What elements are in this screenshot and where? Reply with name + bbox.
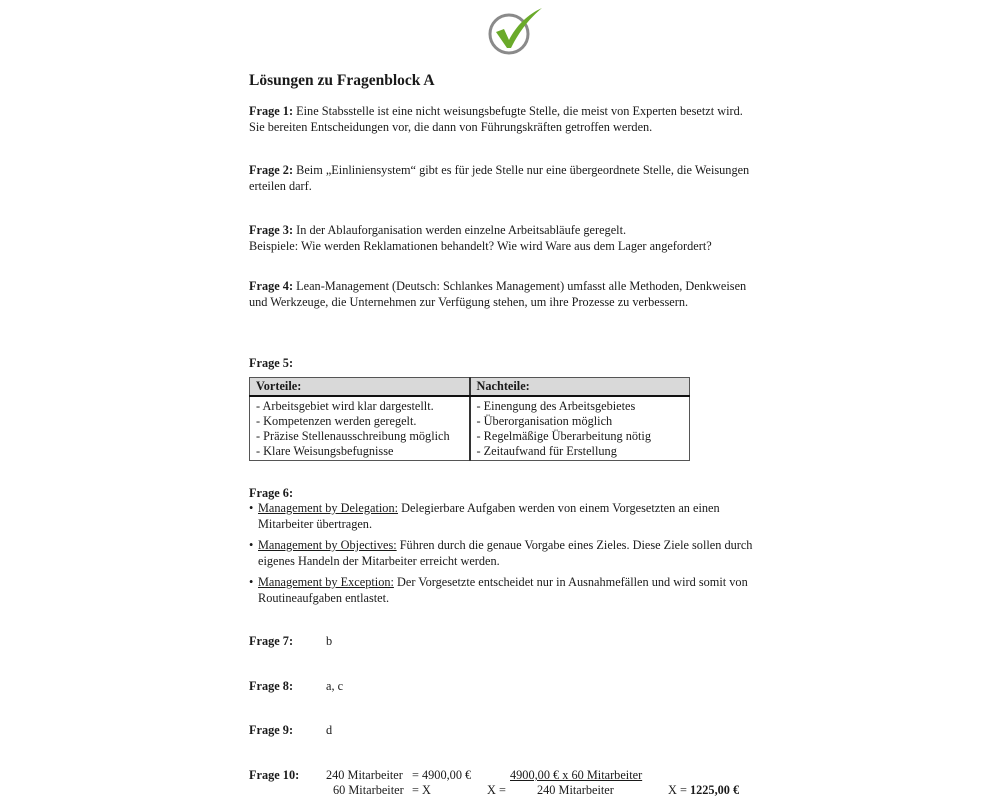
list-item: • Management by Objectives: Führen durch…: [249, 537, 759, 569]
answer-examples: Beispiele: Wie werden Reklamationen beha…: [249, 239, 712, 253]
nachteile-cell: - Einengung des Arbeitsgebietes - Überor…: [470, 396, 690, 461]
management-methods-list: • Management by Delegation: Delegierbare…: [249, 500, 759, 611]
list-item: - Regelmäßige Überarbeitung nötig: [477, 429, 684, 444]
question-10: Frage 10: 240 Mitarbeiter = 4900,00 € 60…: [249, 768, 769, 800]
fraction-numerator: 4900,00 € x 60 Mitarbeiter: [510, 768, 642, 783]
question-5: Frage 5:: [249, 355, 759, 371]
list-item: - Einengung des Arbeitsgebietes: [477, 399, 684, 414]
rule-of-three-line2-left: 60 Mitarbeiter: [333, 783, 404, 798]
check-circle-icon: [482, 4, 544, 56]
result: X = 1225,00 €: [668, 783, 739, 798]
question-label: Frage 4:: [249, 279, 293, 293]
list-item: - Zeitaufwand für Erstellung: [477, 444, 684, 459]
question-label: Frage 10:: [249, 768, 299, 782]
answer: b: [326, 634, 332, 649]
question-2: Frage 2: Beim „Einliniensystem“ gibt es …: [249, 162, 759, 194]
list-item: - Arbeitsgebiet wird klar dargestellt.: [256, 399, 463, 414]
question-label: Frage 3:: [249, 223, 293, 237]
x-equals: X =: [487, 783, 506, 798]
question-7: Frage 7: b: [249, 634, 293, 649]
list-item: - Überorganisation möglich: [477, 414, 684, 429]
question-label: Frage 6:: [249, 486, 293, 500]
question-label: Frage 1:: [249, 104, 293, 118]
list-item: - Kompetenzen werden geregelt.: [256, 414, 463, 429]
question-8: Frage 8: a, c: [249, 679, 293, 694]
answer-text: Lean-Management (Deutsch: Schlankes Mana…: [249, 279, 746, 309]
list-item: - Klare Weisungsbefugnisse: [256, 444, 463, 459]
question-label: Frage 8:: [249, 679, 293, 693]
rule-of-three-line1-eq: = 4900,00 €: [412, 768, 471, 783]
result-prefix: X =: [668, 783, 690, 797]
answer: a, c: [326, 679, 343, 694]
question-4: Frage 4: Lean-Management (Deutsch: Schla…: [249, 278, 759, 310]
vorteile-cell: - Arbeitsgebiet wird klar dargestellt. -…: [250, 396, 470, 461]
question-6: Frage 6:: [249, 485, 759, 501]
list-item: - Präzise Stellenausschreibung möglich: [256, 429, 463, 444]
bullet-icon: •: [249, 500, 253, 516]
term: Management by Exception:: [258, 575, 394, 589]
question-label: Frage 5:: [249, 356, 293, 370]
list-item: • Management by Delegation: Delegierbare…: [249, 500, 759, 532]
rule-of-three-line2-eq: = X: [412, 783, 431, 798]
answer-text: Beim „Einliniensystem“ gibt es für jede …: [249, 163, 749, 193]
question-label: Frage 2:: [249, 163, 293, 177]
term: Management by Objectives:: [258, 538, 397, 552]
bullet-icon: •: [249, 574, 253, 590]
question-label: Frage 7:: [249, 634, 293, 648]
term: Management by Delegation:: [258, 501, 398, 515]
header-vorteile: Vorteile:: [250, 378, 470, 397]
answer-text: In der Ablauforganisation werden einzeln…: [296, 223, 626, 237]
question-1: Frage 1: Eine Stabsstelle ist eine nicht…: [249, 103, 759, 135]
answer: d: [326, 723, 332, 738]
bullet-icon: •: [249, 537, 253, 553]
list-item: • Management by Exception: Der Vorgesetz…: [249, 574, 759, 606]
fraction-denominator: 240 Mitarbeiter: [537, 783, 614, 798]
question-label: Frage 9:: [249, 723, 293, 737]
answer-text: Eine Stabsstelle ist eine nicht weisungs…: [249, 104, 743, 134]
rule-of-three-line1-left: 240 Mitarbeiter: [326, 768, 403, 783]
question-9: Frage 9: d: [249, 723, 293, 738]
question-3: Frage 3: In der Ablauforganisation werde…: [249, 222, 759, 254]
result-value: 1225,00 €: [690, 783, 739, 797]
header-nachteile: Nachteile:: [470, 378, 690, 397]
pros-cons-table: Vorteile: Nachteile: - Arbeitsgebiet wir…: [249, 377, 690, 461]
page-title: Lösungen zu Fragenblock A: [249, 72, 435, 90]
